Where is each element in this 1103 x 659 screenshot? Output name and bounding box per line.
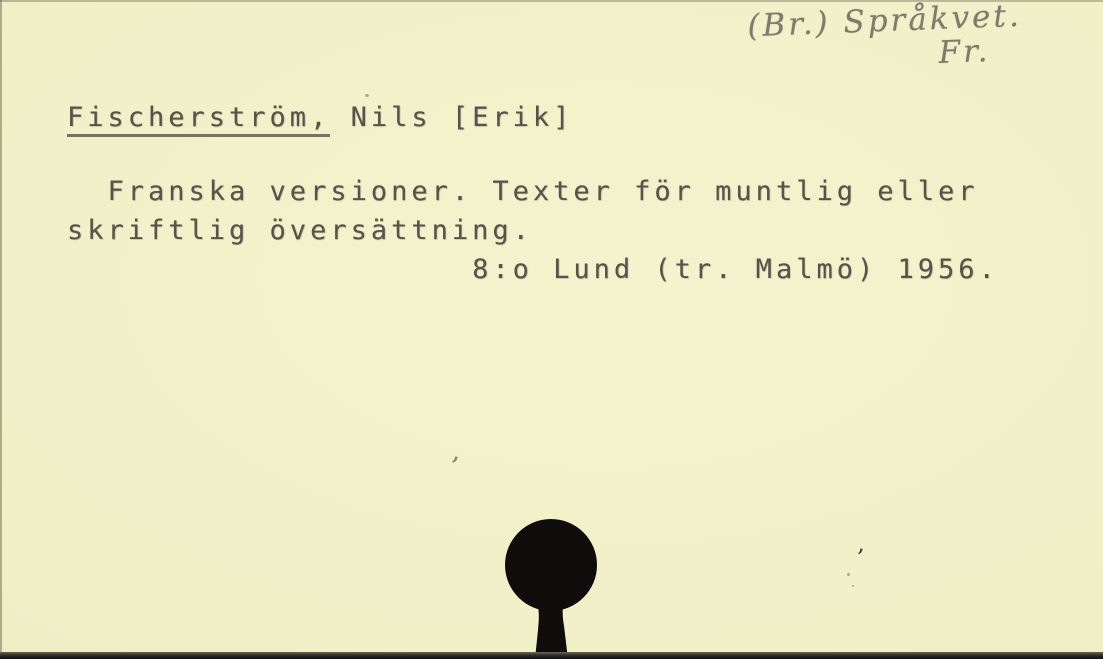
card-heading: Fischerström, Nils [Erik] xyxy=(67,100,573,136)
stray-apostrophe-mark: ’ xyxy=(446,451,461,483)
handwritten-classification-note: (Br.) Språkvet. Fr. xyxy=(747,0,1024,77)
heading-author-surname: Fischerström, xyxy=(67,102,330,137)
scan-edge-left xyxy=(0,0,2,659)
ink-mark: ’ xyxy=(855,544,866,573)
ink-speck xyxy=(852,585,854,587)
scan-edge-bottom xyxy=(0,652,1103,659)
ink-speck xyxy=(847,573,850,576)
catalog-card-scan: (Br.) Språkvet. Fr. Fischerström, Nils [… xyxy=(0,0,1103,659)
punch-hole xyxy=(498,518,608,659)
heading-author-forenames: Nils [Erik] xyxy=(330,102,573,133)
ink-speck xyxy=(365,94,369,97)
handwritten-note-line2: Fr. xyxy=(938,33,1024,70)
card-body-text: Franska versioner. Texter för muntlig el… xyxy=(67,172,999,289)
